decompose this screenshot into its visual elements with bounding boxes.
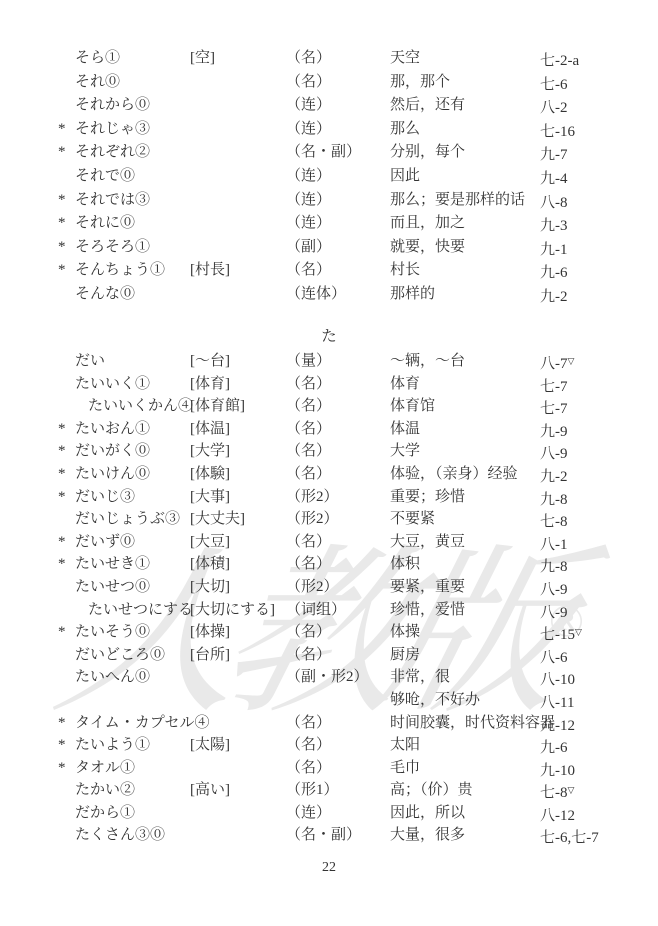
vocab-row: * タオル① （名） 毛巾 九-10: [0, 757, 658, 780]
part-of-speech: （连）: [286, 212, 390, 239]
vocab-list-ta-section: だい [～台] （量） ～辆，～台 八-7▽ たいいく① [体育] （名） 体育…: [0, 350, 658, 847]
word-kanji: [190, 141, 286, 168]
part-of-speech: （连）: [286, 118, 390, 145]
word-kanji: [190, 283, 286, 310]
word-kanji: [190, 118, 286, 145]
vocab-row: * たいせき① [体積] （名） 体积 九-8: [0, 553, 658, 576]
lesson-reference-text: 八-8: [540, 195, 568, 211]
lesson-reference-text: 七-7: [540, 401, 568, 417]
vocab-row: たかい② [高い] （形1） 高；（价）贵 七-8▽: [0, 779, 658, 802]
lesson-reference-text: 九-6: [540, 265, 568, 281]
word-kanji: [村長]: [190, 259, 286, 286]
vocab-row: * そんちょう① [村長] （名） 村长 九-6: [0, 259, 658, 283]
vocab-row: * たいけん⓪ [体験] （名） 体验，（亲身）经验 九-2: [0, 463, 658, 486]
vocab-row: そら① [空] （名） 天空 七-2-a: [0, 47, 658, 71]
vocab-row: * それじゃ③ （连） 那么 七-16: [0, 118, 658, 142]
lesson-reference-text: 七-6: [540, 77, 568, 93]
lesson-reference: 九-7: [540, 141, 658, 168]
lesson-reference: 九-2: [540, 283, 658, 310]
vocab-row: 够呛，不好办 八-11: [0, 689, 658, 712]
lesson-reference-text: 九-9: [540, 424, 568, 440]
meaning-chinese: 而且，加之: [390, 212, 540, 239]
part-of-speech: （名・副）: [286, 141, 390, 168]
word-kana: そんな⓪: [75, 283, 190, 310]
word-kanji: [190, 212, 286, 239]
vocab-row: たいせつにする [大切にする] （词组） 珍惜，爱惜 八-9: [0, 599, 658, 622]
lesson-reference-text: 九-4: [540, 171, 568, 187]
lesson-reference-text: 八-9: [540, 605, 568, 621]
word-kanji: [190, 189, 286, 216]
part-of-speech: （名・副）: [286, 824, 390, 850]
lesson-reference-text: 八-9: [540, 582, 568, 598]
word-kana: それでは③: [75, 189, 190, 216]
vocab-list-so-section: そら① [空] （名） 天空 七-2-a それ⓪ （名） 那，那个 七-6 それ…: [0, 47, 658, 307]
vocab-row: * それでは③ （连） 那么；要是那样的话 八-8: [0, 189, 658, 213]
page-number: 22: [0, 858, 658, 878]
word-kana: それぞれ②: [75, 141, 190, 168]
word-kana: それから⓪: [75, 94, 190, 121]
lesson-reference-text: 九-10: [540, 763, 575, 779]
vocab-row: だいじょうぶ③ [大丈夫] （形2） 不要紧 七-8: [0, 508, 658, 531]
lesson-reference-text: 七-2-a: [540, 53, 579, 69]
vocab-row: * そろそろ① （副） 就要，快要 九-1: [0, 236, 658, 260]
vocab-row: それ⓪ （名） 那，那个 七-6: [0, 71, 658, 95]
lesson-reference: 八-2: [540, 94, 658, 121]
meaning-chinese: 分别，每个: [390, 141, 540, 168]
star-marker: [58, 47, 75, 74]
vocab-row: * それに⓪ （连） 而且，加之 九-3: [0, 212, 658, 236]
star-marker: [58, 824, 75, 850]
star-marker: [58, 94, 75, 121]
part-of-speech: （名）: [286, 47, 390, 74]
word-kana: そんちょう①: [75, 259, 190, 286]
vocab-row: それから⓪ （连） 然后，还有 八-2: [0, 94, 658, 118]
part-of-speech: （连）: [286, 189, 390, 216]
lesson-reference-text: 九-3: [540, 218, 568, 234]
star-marker: *: [58, 212, 75, 239]
meaning-chinese: 那么: [390, 118, 540, 145]
vocab-row: * それぞれ② （名・副） 分别，每个 九-7: [0, 141, 658, 165]
meaning-chinese: 大量，很多: [390, 824, 540, 850]
word-kanji: [190, 165, 286, 192]
word-kana: そろそろ①: [75, 236, 190, 263]
meaning-chinese: 那，那个: [390, 71, 540, 98]
lesson-reference-text: 八-6: [540, 650, 568, 666]
triangle-mark: ▽: [575, 627, 582, 637]
lesson-reference: 九-4: [540, 165, 658, 192]
triangle-mark: ▽: [568, 785, 575, 795]
word-kana: たくさん③⓪: [75, 824, 190, 850]
word-kanji: [190, 71, 286, 98]
meaning-chinese: 那么；要是那样的话: [390, 189, 540, 216]
lesson-reference-text: 七-16: [540, 124, 575, 140]
meaning-chinese: 就要，快要: [390, 236, 540, 263]
vocab-row: * たいそう⓪ [体操] （名） 体操 七-15▽: [0, 621, 658, 644]
lesson-reference: 九-6: [540, 259, 658, 286]
star-marker: [58, 71, 75, 98]
vocab-row: たいせつ⓪ [大切] （形2） 要紧，重要 八-9: [0, 576, 658, 599]
vocab-row: たくさん③⓪ （名・副） 大量，很多 七-6,七-7: [0, 824, 658, 847]
word-kana: そら①: [75, 47, 190, 74]
lesson-reference-text: 七-8: [540, 514, 568, 530]
vocab-row: たいいくかん④ [体育館] （名） 体育馆 七-7: [0, 395, 658, 418]
lesson-reference-text: 九-8: [540, 492, 568, 508]
lesson-reference-text: 八-12: [540, 808, 575, 824]
section-header-ta: た: [0, 325, 658, 348]
vocab-row: * たいよう① [太陽] （名） 太阳 九-6: [0, 734, 658, 757]
word-kana: それで⓪: [75, 165, 190, 192]
lesson-reference-text: 九-2: [540, 469, 568, 485]
lesson-reference-text: 九-12: [540, 718, 575, 734]
lesson-reference: 七-6: [540, 71, 658, 98]
part-of-speech: （连体）: [286, 283, 390, 310]
star-marker: [58, 283, 75, 310]
triangle-mark: ▽: [568, 356, 575, 366]
star-marker: *: [58, 141, 75, 168]
part-of-speech: （连）: [286, 165, 390, 192]
vocab-row: * だいがく⓪ [大学] （名） 大学 八-9: [0, 440, 658, 463]
lesson-reference-text: 九-8: [540, 559, 568, 575]
lesson-reference-text: 八-9: [540, 446, 568, 462]
lesson-reference: 七-2-a: [540, 47, 658, 74]
lesson-reference: 七-16: [540, 118, 658, 145]
word-kana: それ⓪: [75, 71, 190, 98]
meaning-chinese: 那样的: [390, 283, 540, 310]
part-of-speech: （副）: [286, 236, 390, 263]
lesson-reference: 八-8: [540, 189, 658, 216]
vocab-row: だから① （连） 因此，所以 八-12: [0, 802, 658, 825]
part-of-speech: （名）: [286, 71, 390, 98]
word-kana: それじゃ③: [75, 118, 190, 145]
word-kana: それに⓪: [75, 212, 190, 239]
lesson-reference-text: 八-1: [540, 537, 568, 553]
meaning-chinese: 因此: [390, 165, 540, 192]
word-kanji: [空]: [190, 47, 286, 74]
part-of-speech: （名）: [286, 259, 390, 286]
lesson-reference-text: 七-15: [540, 627, 575, 643]
star-marker: [58, 165, 75, 192]
lesson-reference-text: 八-2: [540, 100, 568, 116]
lesson-reference: 九-1: [540, 236, 658, 263]
vocab-row: だいどころ⓪ [台所] （名） 厨房 八-6: [0, 644, 658, 667]
lesson-reference-text: 八-11: [540, 695, 574, 711]
lesson-reference-text: 八-7: [540, 356, 568, 372]
vocab-row: たいへん⓪ （副・形2） 非常，很 八-10: [0, 666, 658, 689]
lesson-reference: 七-6,七-7: [540, 824, 658, 850]
word-kanji: [190, 94, 286, 121]
vocab-row: * だいず⓪ [大豆] （名） 大豆，黄豆 八-1: [0, 531, 658, 554]
meaning-chinese: 然后，还有: [390, 94, 540, 121]
document-page: 人教版 ® そら① [空] （名） 天空 七-2-a それ⓪ （名） 那，那个 …: [0, 0, 658, 926]
vocab-row: だい [～台] （量） ～辆，～台 八-7▽: [0, 350, 658, 373]
lesson-reference-text: 九-7: [540, 147, 568, 163]
meaning-chinese: 村长: [390, 259, 540, 286]
vocab-row: それで⓪ （连） 因此 九-4: [0, 165, 658, 189]
star-marker: *: [58, 118, 75, 145]
lesson-reference-text: 七-8: [540, 785, 568, 801]
lesson-reference-text: 九-1: [540, 242, 568, 258]
star-marker: *: [58, 189, 75, 216]
star-marker: *: [58, 259, 75, 286]
star-marker: *: [58, 236, 75, 263]
vocab-row: そんな⓪ （连体） 那样的 九-2: [0, 283, 658, 307]
meaning-chinese: 天空: [390, 47, 540, 74]
vocab-row: * だいじ③ [大事] （形2） 重要；珍惜 九-8: [0, 486, 658, 509]
lesson-reference: 九-3: [540, 212, 658, 239]
word-kanji: [190, 236, 286, 263]
lesson-reference-text: 九-2: [540, 289, 568, 305]
lesson-reference-text: 七-6,七-7: [540, 830, 599, 846]
word-kanji: [190, 824, 286, 850]
vocab-row: * タイム・カプセル④ （名） 时间胶囊，时代资料容器 九-12: [0, 712, 658, 735]
lesson-reference-text: 七-7: [540, 379, 568, 395]
lesson-reference-text: 九-6: [540, 740, 568, 756]
vocab-row: たいいく① [体育] （名） 体育 七-7: [0, 373, 658, 396]
lesson-reference-text: 八-10: [540, 672, 575, 688]
vocab-row: * たいおん① [体温] （名） 体温 九-9: [0, 418, 658, 441]
part-of-speech: （连）: [286, 94, 390, 121]
